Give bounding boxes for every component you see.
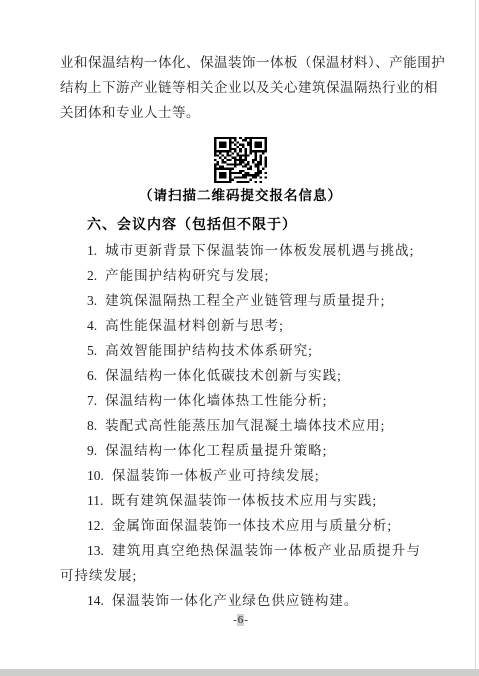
qr-code-icon [214,137,267,183]
list-item-number: 14. [87,593,104,608]
page-edge-divider [475,0,476,669]
list-item: 14.保温装饰一体化产业绿色供应链构建。 [60,588,421,613]
list-item: 13.建筑用真空绝热保温装饰一体板产业品质提升与可持续发展; [60,538,421,588]
list-item-text: 金属饰面保温装饰一体技术应用与质量分析; [112,518,392,533]
list-item-number: 11. [87,493,103,508]
list-item-text: 高效智能围护结构技术体系研究; [105,343,313,358]
document-page: 业和保温结构一体化、保温装饰一体板（保温材料）、产能围护结构上下游产业链等相关企… [0,0,479,669]
list-item: 7.保温结构一体化墙体热工性能分析; [60,388,421,413]
page-number-suffix: - [244,614,248,626]
list-item: 6.保温结构一体化低碳技术创新与实践; [60,363,421,388]
page-content: 业和保温结构一体化、保温装饰一体板（保温材料）、产能围护结构上下游产业链等相关企… [60,50,421,627]
list-item-text: 建筑用真空绝热保温装饰一体板产业品质提升与可持续发展; [60,543,421,583]
list-item-text: 保温装饰一体板产业可持续发展; [112,468,320,483]
page-footer: -6- [60,614,421,627]
list-item: 5.高效智能围护结构技术体系研究; [60,338,421,363]
list-item-text: 保温装饰一体化产业绿色供应链构建。 [112,593,359,608]
list-item-number: 1. [87,243,97,258]
list-item: 11.既有建筑保温装饰一体板技术应用与实践; [60,488,421,513]
list-item: 1.城市更新背景下保温装饰一体板发展机遇与挑战; [60,238,421,263]
list-item: 3.建筑保温隔热工程全产业链管理与质量提升; [60,288,421,313]
paragraph-line: 关团体和专业人士等。 [60,100,421,125]
list-item-text: 产能围护结构研究与发展; [105,268,269,283]
list-item-text: 建筑保温隔热工程全产业链管理与质量提升; [105,293,385,308]
list-item: 4.高性能保温材料创新与思考; [60,313,421,338]
list-item: 10.保温装饰一体板产业可持续发展; [60,463,421,488]
section-heading: 六、会议内容（包括但不限于） [60,213,421,238]
list-item-number: 10. [87,468,104,483]
list-item: 12.金属饰面保温装饰一体技术应用与质量分析; [60,513,421,538]
list-item-text: 既有建筑保温装饰一体板技术应用与实践; [111,493,377,508]
list-item-number: 5. [87,343,97,358]
paragraph-line: 结构上下游产业链等相关企业以及关心建筑保温隔热行业的相 [60,75,421,100]
list-item-number: 13. [87,543,104,558]
background-strip [0,669,479,676]
list-item-text: 高性能保温材料创新与思考; [105,318,284,333]
qr-code-wrap [60,137,421,183]
list-item-number: 9. [87,443,97,458]
list-item-text: 保温结构一体化低碳技术创新与实践; [105,368,342,383]
paragraph-line: 业和保温结构一体化、保温装饰一体板（保温材料）、产能围护 [60,50,421,75]
list-item: 2.产能围护结构研究与发展; [60,263,421,288]
list-item-text: 装配式高性能蒸压加气混凝土墙体技术应用; [105,418,385,433]
list-item-number: 12. [87,518,104,533]
list-item-number: 7. [87,393,97,408]
list-item: 9.保温结构一体化工程质量提升策略; [60,438,421,463]
list-item-number: 8. [87,418,97,433]
intro-paragraph: 业和保温结构一体化、保温装饰一体板（保温材料）、产能围护结构上下游产业链等相关企… [60,50,421,125]
qr-caption: （请扫描二维码提交报名信息） [60,188,421,203]
list-item: 8.装配式高性能蒸压加气混凝土墙体技术应用; [60,413,421,438]
list-item-number: 2. [87,268,97,283]
list-item-number: 3. [87,293,97,308]
content-list: 1.城市更新背景下保温装饰一体板发展机遇与挑战;2.产能围护结构研究与发展;3.… [60,238,421,613]
list-item-text: 保温结构一体化工程质量提升策略; [105,443,327,458]
list-item-text: 城市更新背景下保温装饰一体板发展机遇与挑战; [105,243,414,258]
list-item-number: 6. [87,368,97,383]
list-item-text: 保温结构一体化墙体热工性能分析; [105,393,327,408]
list-item-number: 4. [87,318,97,333]
